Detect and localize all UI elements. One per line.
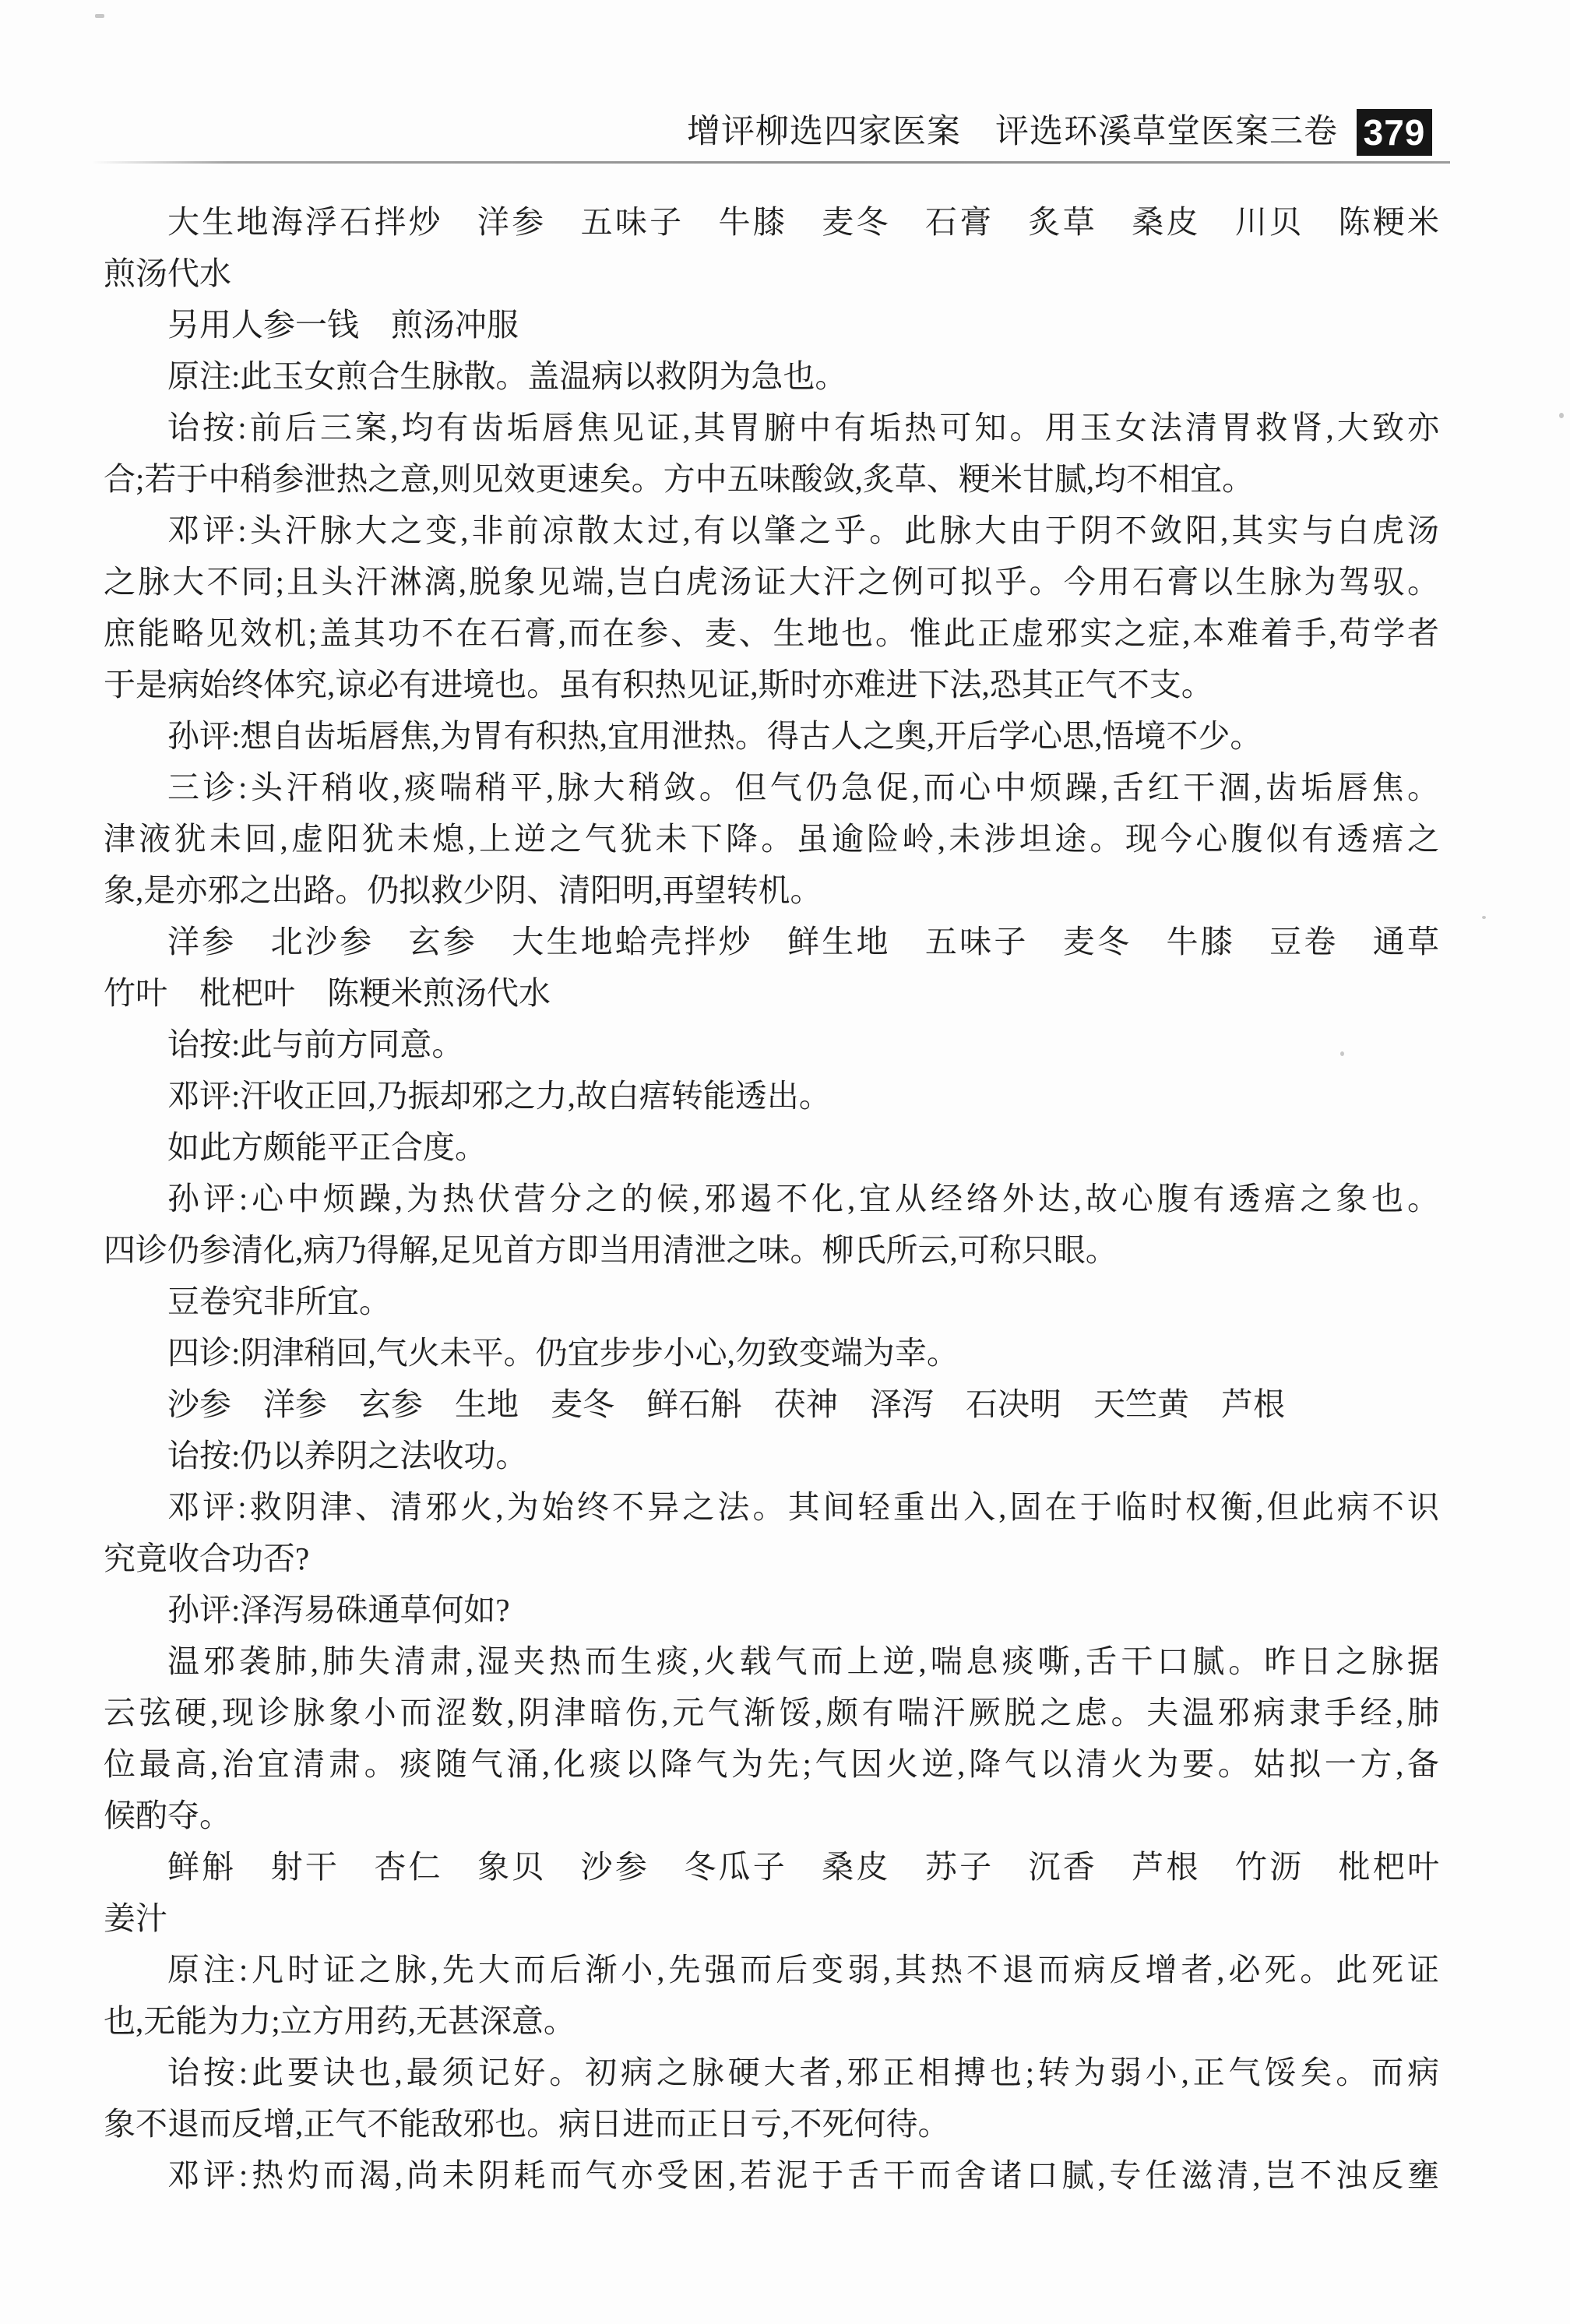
text-line: 候酌夺。	[104, 1790, 1439, 1841]
text-line: 大生地海浮石拌炒 洋参 五味子 牛膝 麦冬 石膏 炙草 桑皮 川贝 陈粳米	[104, 196, 1439, 248]
text-line: 象不退而反增,正气不能敌邪也。病日进而正日亏,不死何待。	[104, 2098, 1439, 2150]
text-line: 沙参 洋参 玄参 生地 麦冬 鲜石斛 茯神 泽泻 石决明 天竺黄 芦根	[104, 1379, 1439, 1430]
text-line: 如此方颇能平正合度。	[104, 1122, 1439, 1173]
text-line: 庶能略见效机;盖其功不在石膏,而在参、麦、生地也。惟此正虚邪实之症,本难着手,苟…	[104, 607, 1439, 659]
running-head-title: 增评柳选四家医案 评选环溪草堂医案三卷	[687, 109, 1338, 156]
text-line: 姜汁	[104, 1893, 1439, 1944]
text-line: 煎汤代水	[104, 248, 1439, 299]
text-line: 合;若于中稍参泄热之意,则见效更速矣。方中五味酸敛,炙草、粳米甘腻,均不相宜。	[104, 453, 1439, 505]
scan-speck	[1559, 413, 1564, 418]
text-line: 竹叶 枇杷叶 陈粳米煎汤代水	[104, 967, 1439, 1019]
text-line: 邓评:救阴津、清邪火,为始终不异之法。其间轻重出入,固在于临时权衡,但此病不识	[104, 1481, 1439, 1533]
text-line: 诒按:此要诀也,最须记好。初病之脉硬大者,邪正相搏也;转为弱小,正气馁矣。而病	[104, 2047, 1439, 2098]
text-line: 洋参 北沙参 玄参 大生地蛤壳拌炒 鲜生地 五味子 麦冬 牛膝 豆卷 通草	[104, 916, 1439, 967]
text-line: 原注:凡时证之脉,先大而后渐小,先强而后变弱,其热不退而病反增者,必死。此死证	[104, 1944, 1439, 1995]
text-line: 温邪袭肺,肺失清肃,湿夹热而生痰,火载气而上逆,喘息痰嘶,舌干口腻。昨日之脉据	[104, 1636, 1439, 1687]
text-line: 位最高,治宜清肃。痰随气涌,化痰以降气为先;气因火逆,降气以清火为要。姑拟一方,…	[104, 1738, 1439, 1790]
text-line: 之脉大不同;且头汗淋漓,脱象见端,岂白虎汤证大汗之例可拟乎。今用石膏以生脉为驾驭…	[104, 556, 1439, 607]
text-line: 邓评:汗收正回,乃振却邪之力,故白痦转能透出。	[104, 1070, 1439, 1122]
text-line: 诒按:此与前方同意。	[104, 1019, 1439, 1070]
scan-speck	[1482, 916, 1486, 919]
text-line: 另用人参一钱 煎汤冲服	[104, 299, 1439, 350]
book-page: 增评柳选四家医案 评选环溪草堂医案三卷 379 大生地海浮石拌炒 洋参 五味子 …	[0, 0, 1570, 2324]
text-line: 鲜斛 射干 杏仁 象贝 沙参 冬瓜子 桑皮 苏子 沉香 芦根 竹沥 枇杷叶	[104, 1841, 1439, 1893]
scan-speck	[1340, 1051, 1344, 1056]
text-line: 孙评:想自齿垢唇焦,为胃有积热,宜用泄热。得古人之奥,开后学心思,悟境不少。	[104, 710, 1439, 762]
text-line: 四诊仍参清化,病乃得解,足见首方即当用清泄之味。柳氏所云,可称只眼。	[104, 1224, 1439, 1276]
text-line: 邓评:头汗脉大之变,非前凉散太过,有以肇之乎。此脉大由于阴不敛阳,其实与白虎汤	[104, 505, 1439, 556]
text-line: 邓评:热灼而渴,尚未阴耗而气亦受困,若泥于舌干而舍诸口腻,专任滋清,岂不浊反壅	[104, 2150, 1439, 2201]
body-text: 大生地海浮石拌炒 洋参 五味子 牛膝 麦冬 石膏 炙草 桑皮 川贝 陈粳米煎汤代…	[104, 196, 1439, 2201]
text-line: 三诊:头汗稍收,痰喘稍平,脉大稍敛。但气仍急促,而心中烦躁,舌红干涸,齿垢唇焦。	[104, 762, 1439, 813]
text-line: 诒按:仍以养阴之法收功。	[104, 1430, 1439, 1481]
text-line: 孙评:心中烦躁,为热伏营分之的候,邪遏不化,宜从经络外达,故心腹有透痦之象也。	[104, 1173, 1439, 1224]
text-line: 象,是亦邪之出路。仍拟救少阴、清阳明,再望转机。	[104, 864, 1439, 916]
text-line: 原注:此玉女煎合生脉散。盖温病以救阴为急也。	[104, 350, 1439, 402]
text-line: 诒按:前后三案,均有齿垢唇焦见证,其胃腑中有垢热可知。用玉女法清胃救肾,大致亦	[104, 402, 1439, 453]
page-header: 增评柳选四家医案 评选环溪草堂医案三卷 379	[687, 109, 1432, 156]
page-number-badge: 379	[1357, 109, 1432, 156]
text-line: 云弦硬,现诊脉象小而涩数,阴津暗伤,元气渐馁,颇有喘汗厥脱之虑。夫温邪病隶手经,…	[104, 1687, 1439, 1738]
text-line: 于是病始终体究,谅必有进境也。虽有积热见证,斯时亦难进下法,恐其正气不支。	[104, 659, 1439, 710]
header-rule	[92, 161, 1450, 164]
text-line: 孙评:泽泻易硃通草何如?	[104, 1584, 1439, 1636]
text-line: 四诊:阴津稍回,气火未平。仍宜步步小心,勿致变端为幸。	[104, 1327, 1439, 1379]
scan-speck	[95, 14, 104, 18]
text-line: 豆卷究非所宜。	[104, 1276, 1439, 1327]
text-line: 究竟收合功否?	[104, 1533, 1439, 1584]
text-line: 津液犹未回,虚阳犹未熄,上逆之气犹未下降。虽逾险岭,未涉坦途。现今心腹似有透痦之	[104, 813, 1439, 864]
text-line: 也,无能为力;立方用药,无甚深意。	[104, 1995, 1439, 2047]
